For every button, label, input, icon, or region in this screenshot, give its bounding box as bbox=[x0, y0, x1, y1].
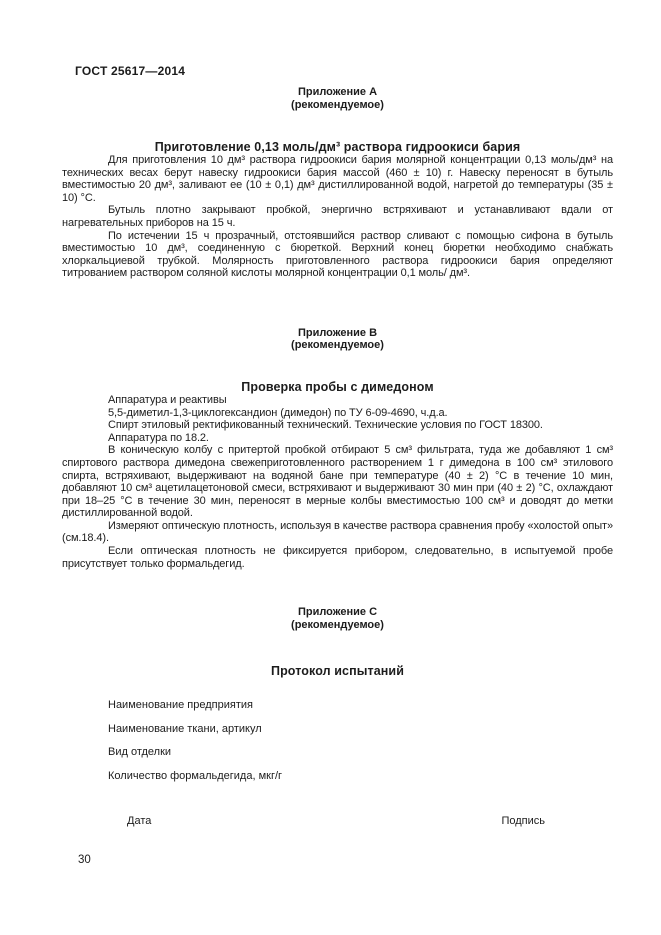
appendix-a-title: Приготовление 0,13 моль/дм³ раствора гид… bbox=[62, 140, 613, 154]
form-field-label: Наименование предприятия bbox=[108, 699, 613, 711]
appendix-b-reagent-list: Аппаратура и реактивы 5,5-диметил-1,3-ци… bbox=[62, 394, 613, 444]
date-label: Дата bbox=[127, 815, 151, 827]
appendix-b-sublabel: (рекомендуемое) bbox=[62, 339, 613, 352]
reagent-list-item: Аппаратура и реактивы bbox=[108, 394, 613, 407]
appendix-b: Приложение В (рекомендуемое) Проверка пр… bbox=[62, 327, 613, 570]
appendix-b-paragraph: Если оптическая плотность не фиксируется… bbox=[62, 545, 613, 570]
appendix-a-label: Приложение А bbox=[62, 86, 613, 99]
reagent-list-item: 5,5-диметил-1,3-циклогександион (димедон… bbox=[108, 407, 613, 420]
form-field-label: Наименование ткани, артикул bbox=[108, 723, 613, 735]
appendix-c-sublabel: (рекомендуемое) bbox=[62, 619, 613, 632]
appendix-c: Приложение С (рекомендуемое) Протокол ис… bbox=[62, 606, 613, 827]
appendix-a-sublabel: (рекомендуемое) bbox=[62, 99, 613, 112]
protocol-form-fields: Наименование предприятия Наименование тк… bbox=[62, 699, 613, 782]
appendix-a-heading: Приложение А (рекомендуемое) bbox=[62, 86, 613, 111]
appendix-a: Приложение А (рекомендуемое) Приготовлен… bbox=[62, 86, 613, 280]
appendix-c-title: Протокол испытаний bbox=[62, 664, 613, 678]
appendix-b-heading: Приложение В (рекомендуемое) bbox=[62, 327, 613, 352]
form-field-label: Количество формальдегида, мкг/г bbox=[108, 770, 613, 782]
appendix-a-paragraph: По истечении 15 ч прозрачный, отстоявший… bbox=[62, 230, 613, 280]
form-field-label: Вид отделки bbox=[108, 746, 613, 758]
standard-number-header: ГОСТ 25617—2014 bbox=[75, 64, 613, 78]
appendix-b-title: Проверка пробы с димедоном bbox=[62, 380, 613, 394]
appendix-a-paragraph: Для приготовления 10 дм³ раствора гидроо… bbox=[62, 154, 613, 204]
appendix-b-paragraph: Измеряют оптическую плотность, используя… bbox=[62, 520, 613, 545]
appendix-c-label: Приложение С bbox=[62, 606, 613, 619]
date-signature-row: Дата Подпись bbox=[62, 815, 613, 827]
appendix-c-heading: Приложение С (рекомендуемое) bbox=[62, 606, 613, 631]
document-page: ГОСТ 25617—2014 Приложение А (рекомендуе… bbox=[0, 0, 661, 935]
signature-label: Подпись bbox=[501, 815, 545, 827]
reagent-list-item: Спирт этиловый ректификованный техническ… bbox=[108, 419, 613, 432]
appendix-a-paragraph: Бутыль плотно закрывают пробкой, энергич… bbox=[62, 204, 613, 229]
appendix-b-paragraph: В коническую колбу с притертой пробкой о… bbox=[62, 444, 613, 520]
page-number: 30 bbox=[78, 854, 91, 866]
reagent-list-item: Аппаратура по 18.2. bbox=[108, 432, 613, 445]
appendix-b-label: Приложение В bbox=[62, 327, 613, 340]
